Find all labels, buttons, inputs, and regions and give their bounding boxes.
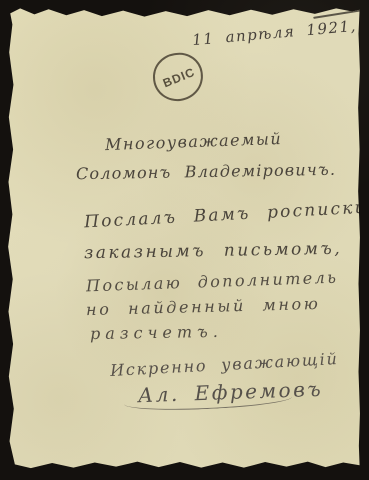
stamp-label: BDIC bbox=[161, 65, 197, 90]
body-line-1: Послалъ Вамъ росписки bbox=[84, 198, 369, 233]
letter-paper: 11 апрѣля 1921, BDIC Многоуважаемый Соло… bbox=[6, 6, 361, 469]
salutation-line-2: Соломонъ Владеміровичъ. bbox=[76, 160, 336, 184]
body-line-4: но найденный мною bbox=[86, 294, 321, 319]
salutation-line-1: Многоуважаемый bbox=[105, 129, 283, 154]
body-line-5: разсчетъ. bbox=[90, 322, 223, 343]
body-line-2: заказнымъ письмомъ, bbox=[84, 239, 342, 264]
bdic-library-stamp: BDIC bbox=[150, 50, 206, 104]
date-line: 11 апрѣля 1921, bbox=[192, 17, 358, 49]
body-line-3: Посылаю дополнитель bbox=[86, 268, 339, 296]
closing-line: Искренно уважающій bbox=[110, 349, 339, 380]
